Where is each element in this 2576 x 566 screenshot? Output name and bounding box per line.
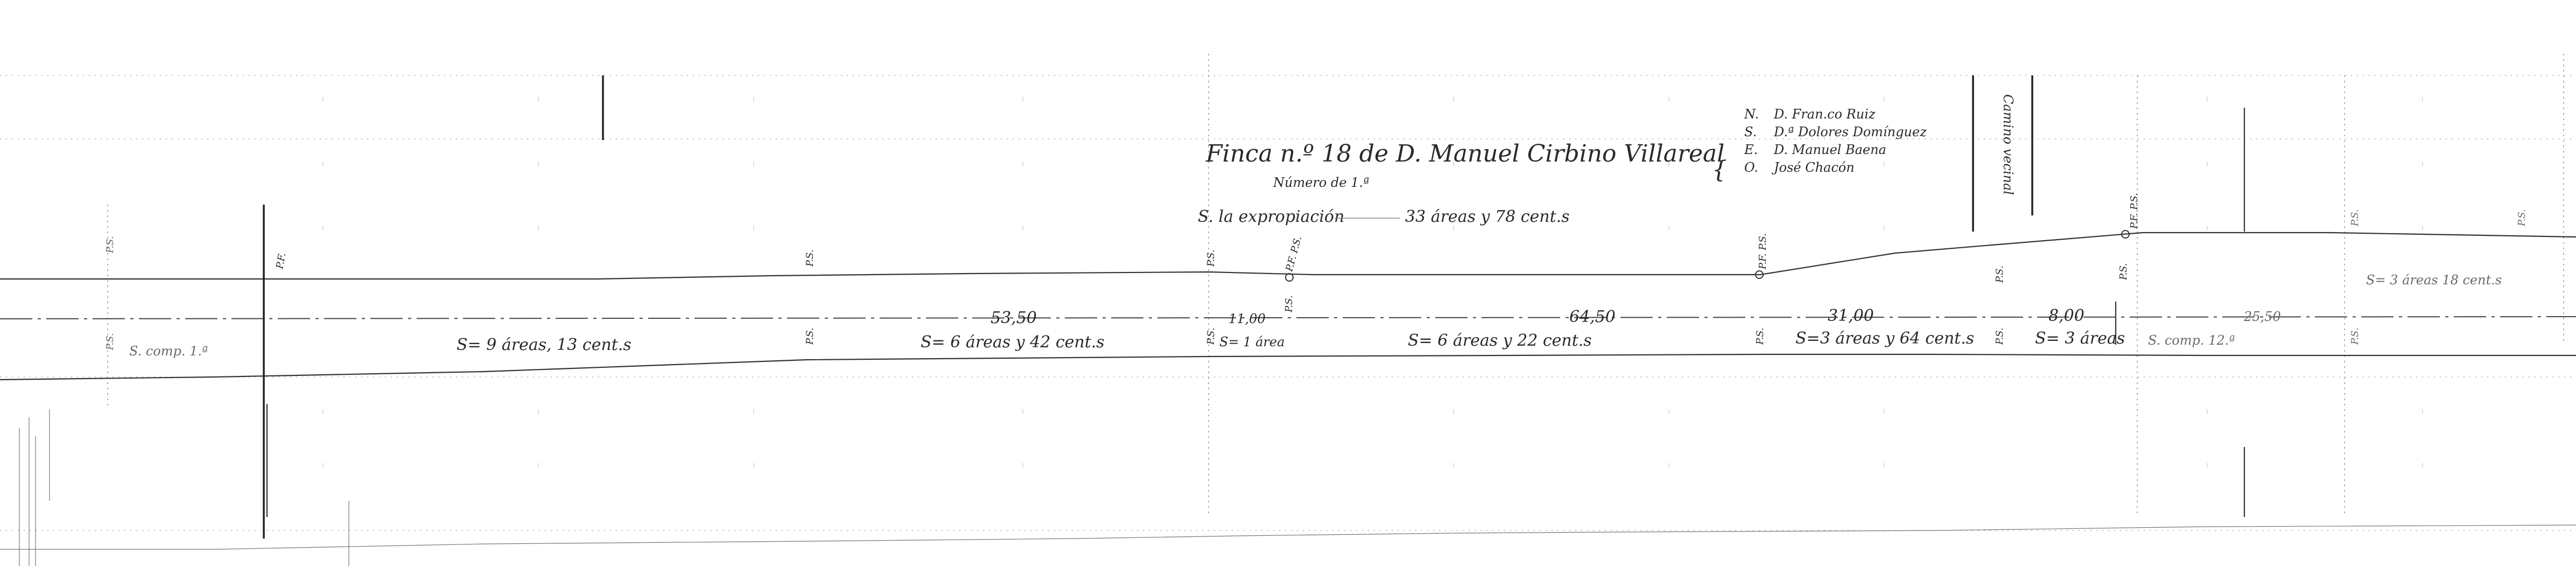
segment-length: 64,50 [1569, 308, 1616, 326]
expropriation-label: S. la expropiación [1198, 207, 1344, 226]
segment-area: S= 3 áreas 18 cent.s [2366, 272, 2502, 288]
survey-plan: Finca n.º 18 de D. Manuel Cirbino Villar… [0, 0, 2576, 566]
boundary-side: E. [1744, 142, 1758, 157]
segment-area: S= 6 áreas y 42 cent.s [921, 333, 1105, 352]
boundary-owner: D.ª Dolores Domínguez [1773, 124, 1927, 139]
segment-area: S= 1 área [1219, 334, 1285, 350]
station-label: P.S. [804, 249, 816, 267]
segment-area: S= 3 áreas [2035, 329, 2125, 348]
segment-area: S=3 áreas y 64 cent.s [1795, 329, 1974, 348]
expropriation-value: 33 áreas y 78 cent.s [1405, 207, 1570, 226]
station-label: P.F. P.S. [1757, 233, 1768, 270]
boundary-owner: José Chacón [1771, 160, 1855, 175]
station-label: P.S. [104, 236, 116, 254]
segment-area: S. comp. 12.ª [2148, 333, 2235, 348]
station-label: P.S. [804, 327, 816, 345]
station-label: P.F. P.S. [2129, 193, 2140, 229]
station-label: P.S. [2118, 263, 2129, 281]
segment-area: S. comp. 1.ª [129, 344, 208, 359]
road-label: Camino vecinal [2001, 94, 2016, 195]
station-marker-icon [1286, 274, 1293, 281]
station-label: P.S. [1205, 327, 1217, 345]
bottom-edge [0, 525, 2576, 549]
lower-boundary [0, 354, 2576, 380]
title-block: Finca n.º 18 de D. Manuel Cirbino Villar… [1198, 140, 1727, 226]
station-label: P.S. [1205, 249, 1217, 267]
segment-area: S= 6 áreas y 22 cent.s [1408, 331, 1592, 350]
station-label: P.S. [2349, 327, 2361, 345]
station-label: P.S. [1994, 327, 2005, 345]
station-label: P.S. [1994, 265, 2005, 283]
boundaries-list: N. D. Fran.co Ruiz S. D.ª Dolores Domíng… [1744, 107, 1927, 175]
boundary-side: N. [1744, 107, 1759, 122]
plan-title: Finca n.º 18 de D. Manuel Cirbino Villar… [1205, 140, 1724, 167]
station-label: P.S. [2349, 209, 2361, 227]
segment-length: 11,00 [1229, 311, 1266, 326]
boundary-side: O. [1744, 160, 1758, 175]
segment-areas: S. comp. 1.ª S= 9 áreas, 13 cent.s S= 6 … [129, 272, 2502, 359]
station-label: P.S. [1283, 295, 1295, 313]
brace: { [1712, 156, 1727, 184]
boundary-owner: D. Fran.co Ruiz [1773, 107, 1876, 122]
boundary-side: S. [1744, 124, 1757, 139]
station-label: P.F. P.S. [1283, 235, 1304, 273]
station-label: P.F. [274, 252, 288, 270]
binding-lines [19, 404, 349, 566]
boundary-owner: D. Manuel Baena [1773, 142, 1886, 157]
station-label: P.S. [104, 333, 116, 351]
segment-length: 25,50 [2243, 309, 2281, 324]
station-label: P.S. [1754, 327, 1766, 345]
construction-grid [0, 54, 2576, 530]
segment-length: 53,50 [991, 309, 1037, 327]
station-label: P.S. [2516, 209, 2528, 227]
segment-area: S= 9 áreas, 13 cent.s [457, 336, 631, 354]
segment-length: 31,00 [1828, 306, 1874, 325]
center-axis [0, 317, 2576, 319]
plan-subtitle: Número de 1.ª [1273, 175, 1369, 190]
segment-length: 8,00 [2048, 306, 2084, 325]
